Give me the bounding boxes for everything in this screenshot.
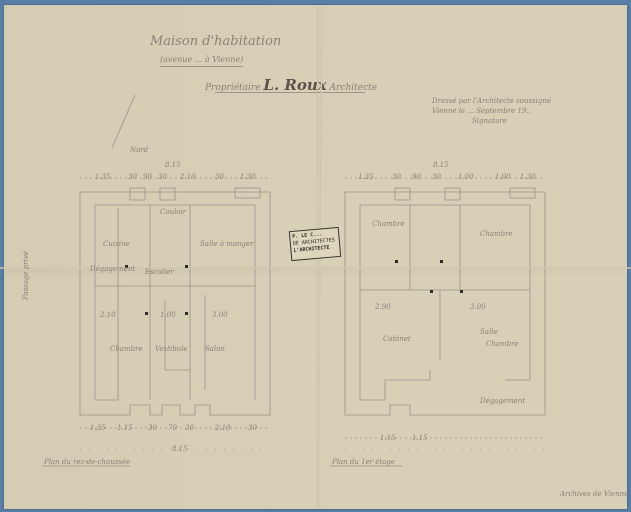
room-label: Dégagement xyxy=(480,397,525,405)
left-plan-caption: Plan du rez-de-chaussée xyxy=(44,458,130,466)
dim-label: 30 xyxy=(392,173,401,181)
side-label: Passage privé xyxy=(22,251,30,300)
dim-label: 2.10 xyxy=(100,311,116,319)
dim-label: 30 xyxy=(148,424,157,432)
room-label: Chambre xyxy=(486,340,519,348)
room-label: Cuisine xyxy=(103,240,130,248)
dim-label: 1.00 xyxy=(160,311,176,319)
room-label: Chambre xyxy=(110,345,143,353)
room-label: Chambre xyxy=(480,230,513,238)
dim-label: 1.30 xyxy=(520,173,536,181)
left-total-width-bottom: 8.15 xyxy=(172,445,188,453)
dim-label: 30 xyxy=(158,173,167,181)
dim-label: 30 xyxy=(248,424,257,432)
room-label: Salle xyxy=(480,328,498,336)
dim-label: 90 xyxy=(143,173,152,181)
dim-label: 1.15 xyxy=(117,424,133,432)
dim-label: 1.30 xyxy=(240,173,256,181)
dim-label: 1.35 xyxy=(90,424,106,432)
dim-label: 1.35 xyxy=(95,173,111,181)
dim-label: 3.00 xyxy=(212,311,228,319)
dim-label: 2.10 xyxy=(180,173,196,181)
room-label: Salon xyxy=(205,345,225,353)
dim-label: 1.15 xyxy=(412,434,428,442)
dim-label: 1.00 xyxy=(458,173,474,181)
room-label: Couloir xyxy=(160,208,186,216)
dim-label: 90 xyxy=(412,173,421,181)
north-arrow-icon xyxy=(112,95,135,148)
dim-label: 30 xyxy=(215,173,224,181)
architect-stamp: P. LE C... DE ARCHITECTES L'ARCHITECTE xyxy=(289,227,341,261)
room-label: Dégagement xyxy=(90,265,135,273)
dim-label: 1.35 xyxy=(358,173,374,181)
right-plan-caption: Plan du 1er étage xyxy=(332,458,395,466)
dim-label: 3.00 xyxy=(470,303,486,311)
dim-label: 70 xyxy=(168,424,177,432)
room-label: Chambre xyxy=(372,220,405,228)
dim-label: 30 xyxy=(128,173,137,181)
right-total-width-top: 8.15 xyxy=(433,161,449,169)
dim-label: 30 xyxy=(185,424,194,432)
dim-label: 30 xyxy=(432,173,441,181)
dim-label: 2.90 xyxy=(375,303,391,311)
room-label: Escalier xyxy=(145,268,174,276)
room-label: Vestibule xyxy=(155,345,188,353)
room-label: Salle à manger xyxy=(200,240,254,248)
dim-label: 2.10 xyxy=(215,424,231,432)
dim-label: 1.15 xyxy=(380,434,396,442)
archive-mark: Archives de Vienne xyxy=(560,490,628,498)
room-label: Cabinet xyxy=(383,335,411,343)
dim-label: 1.00 xyxy=(495,173,511,181)
left-total-width-top: 8.15 xyxy=(165,161,181,169)
